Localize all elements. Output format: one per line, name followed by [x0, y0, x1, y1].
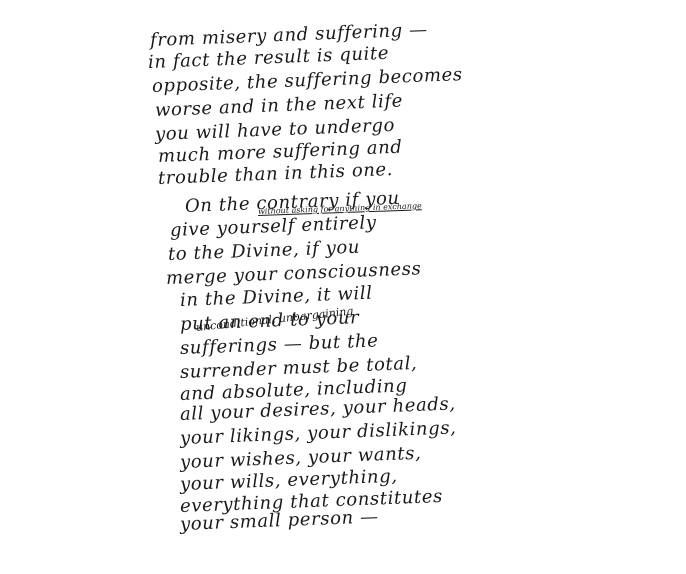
handwritten-letter-page: from misery and suffering — in fact the … — [0, 0, 686, 574]
